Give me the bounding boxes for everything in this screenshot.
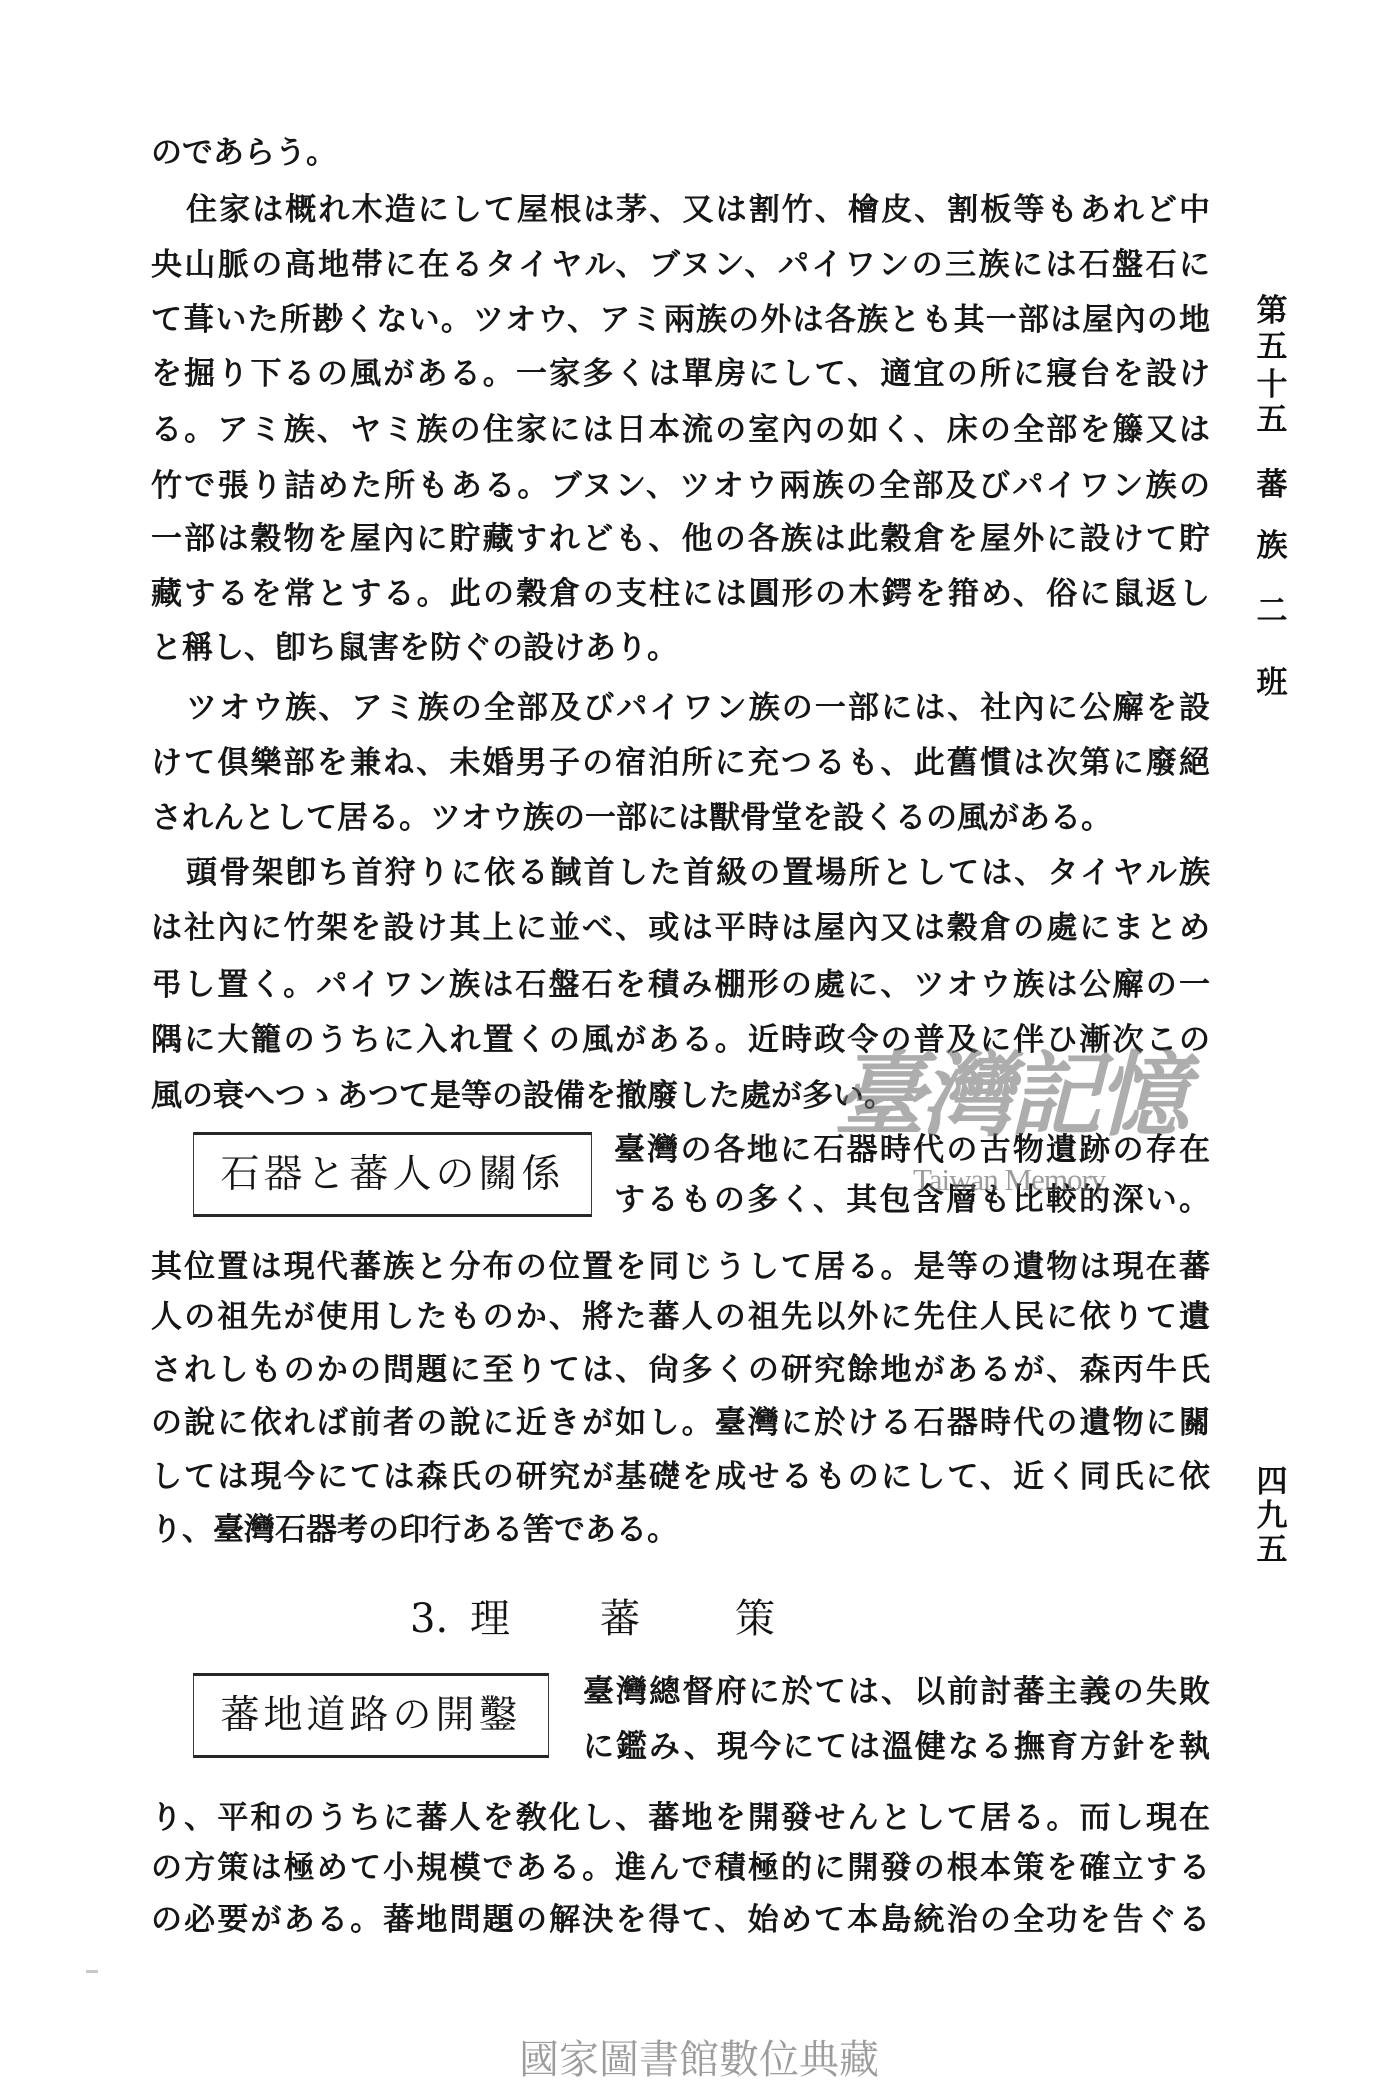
text-line: 弔し置く。パイワン族は石盤石を積み棚形の處に、ツオウ族は公廨の一 (151, 958, 1210, 1012)
page-number-char: 五 (1254, 1532, 1290, 1568)
boxed-heading-label: 石器と蕃人の關係 (220, 1153, 564, 1197)
text-line: と稱し、卽ち鼠害を防ぐの設けあり。 (151, 621, 1210, 675)
running-head-char: 五 (1254, 402, 1290, 438)
text-line: は社內に竹架を設け其上に並べ、或は平時は屋內又は穀倉の處にまとめ (151, 901, 1210, 955)
running-head-char: 族 (1254, 528, 1290, 564)
section-heading-char: 策 (735, 1597, 775, 1641)
text-line: けて倶樂部を兼ね、未婚男子の宿泊所に充つるも、此舊慣は次第に廢絕 (151, 736, 1210, 790)
page-number-char: 九 (1254, 1498, 1290, 1534)
text-line: 臺灣總督府に於ては、以前討蕃主義の失敗 (583, 1665, 1210, 1719)
text-line: されんとして居る。ツオウ族の一部には獸骨堂を設くるの風がある。 (151, 791, 1210, 845)
running-head-char: 五 (1254, 329, 1290, 365)
text-line: ツオウ族、アミ族の全部及びパイワン族の一部には、社內に公廨を設 (186, 681, 1210, 735)
text-line: る。アミ族、ヤミ族の住家には日本流の室內の如く、床の全部を籐又は (151, 403, 1210, 457)
text-line: 藏するを常とする。此の穀倉の支柱には圓形の木鍔を箝め、俗に鼠返し (151, 567, 1210, 621)
running-head-char: 蕃 (1254, 467, 1290, 503)
section-heading-char: 理 (470, 1597, 510, 1641)
text-line: のであらう。 (151, 126, 1210, 180)
text-line: 一部は穀物を屋內に貯藏すれども、他の各族は此穀倉を屋外に設けて貯 (151, 512, 1210, 566)
running-head-char: 班 (1254, 665, 1290, 701)
text-line: するもの多く、其包含層も比較的深い。 (614, 1173, 1210, 1227)
running-head-char: 十 (1254, 367, 1290, 403)
text-line: 其位置は現代蕃族と分布の位置を同じうして居る。是等の遺物は現在蕃 (151, 1240, 1210, 1294)
footer-archive-label: 國家圖書館數位典藏 (0, 2036, 1398, 2084)
page-number-char: 四 (1254, 1464, 1290, 1500)
text-line: 竹で張り詰めた所もある。ブヌン、ツオウ兩族の全部及びパイワン族の (151, 459, 1210, 513)
watermark-calligraphy: 臺灣記憶 (833, 1040, 1185, 1150)
section-heading-char: 蕃 (600, 1597, 640, 1641)
text-line: の必要がある。蕃地問題の解決を得て、始めて本島統治の全功を告ぐる (151, 1893, 1210, 1947)
running-head-char: 第 (1254, 293, 1290, 329)
text-line: の說に依れば前者の說に近きが如し。臺灣に於ける石器時代の遺物に關 (151, 1396, 1210, 1450)
text-line: しては現今にては森氏の研究が基礎を成せるものにして、近く同氏に依 (151, 1450, 1210, 1504)
boxed-side-heading: 石器と蕃人の關係 (193, 1132, 592, 1217)
text-line: 央山脈の高地帯に在るタイヤル、ブヌン、パイワンの三族には石盤石に (151, 238, 1210, 292)
watermark-latin-text: Taiwan Memory (913, 1163, 1105, 1197)
text-line: 住家は概れ木造にして屋根は茅、又は割竹、檜皮、割板等もあれど中 (186, 183, 1210, 237)
text-line: り、臺灣石器考の印行ある筈である。 (151, 1503, 1210, 1557)
text-line: 人の祖先が使用したものか、將た蕃人の祖先以外に先住人民に依りて遺 (151, 1290, 1210, 1344)
text-line: の方策は極めて小規模である。進んで積極的に開發の根本策を確立する (151, 1841, 1210, 1895)
text-line: されしものかの問題に至りては、尙多くの研究餘地があるが、森丙牛氏 (151, 1343, 1210, 1397)
scanned-book-page: 第 五 十 五 蕃 族 二 班 四 九 五 のであらう。 住家は概れ木造にして屋… (0, 0, 1400, 2100)
scan-speck (86, 1970, 98, 1973)
text-line: 頭骨架卽ち首狩りに依る馘首した首級の置場所としては、タイヤル族 (186, 846, 1210, 900)
text-line: り、平和のうちに蕃人を敎化し、蕃地を開發せんとして居る。而し現在 (151, 1791, 1210, 1845)
text-line: を掘り下るの風がある。一家多くは單房にして、適宜の所に寢台を設け (151, 347, 1210, 401)
boxed-side-heading: 蕃地道路の開鑿 (193, 1673, 549, 1758)
text-line: に鑑み、現今にては溫健なる撫育方針を執 (583, 1720, 1210, 1774)
running-head-char: 二 (1254, 593, 1290, 629)
boxed-heading-label: 蕃地道路の開鑿 (220, 1694, 521, 1738)
section-number: 3. (410, 1597, 448, 1641)
text-line: て葺いた所尠くない。ツオウ、アミ兩族の外は各族とも其一部は屋內の地 (151, 293, 1210, 347)
